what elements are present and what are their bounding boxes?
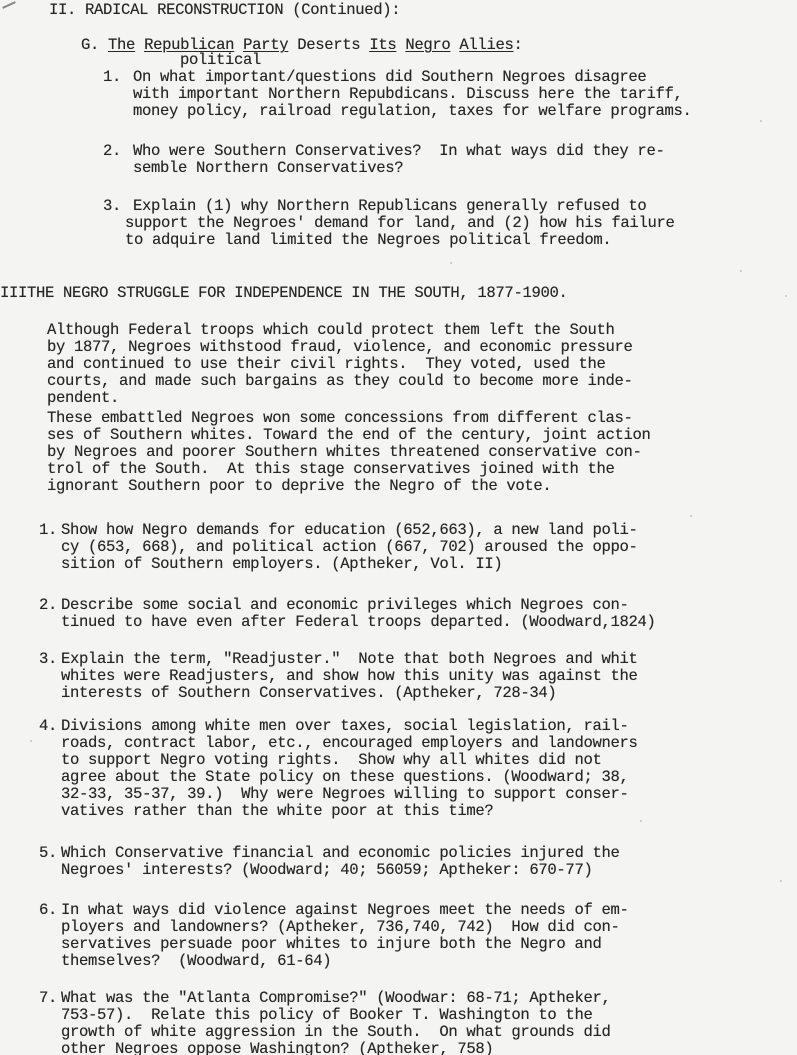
section-ii-heading: II. RADICAL RECONSTRUCTION (Continued): (49, 2, 400, 19)
subsection-g-title: G. The Republican Party Deserts Its Negr… (81, 37, 522, 54)
handwritten-insertion: political (180, 52, 261, 69)
scan-speck (450, 262, 452, 264)
scan-speck (740, 270, 742, 272)
typewritten-page: II. RADICAL RECONSTRUCTION (Continued): … (0, 0, 797, 1055)
pen-mark (2, 1, 16, 9)
scan-speck (760, 120, 762, 122)
scan-speck (785, 295, 787, 297)
scan-speck (690, 515, 692, 517)
scan-speck (780, 880, 782, 882)
section-iii-heading: IIITHE NEGRO STRUGGLE FOR INDEPENDENCE I… (0, 285, 568, 302)
scan-speck (30, 740, 32, 742)
subsection-marker: G. (81, 36, 99, 54)
scan-speck (640, 820, 642, 822)
